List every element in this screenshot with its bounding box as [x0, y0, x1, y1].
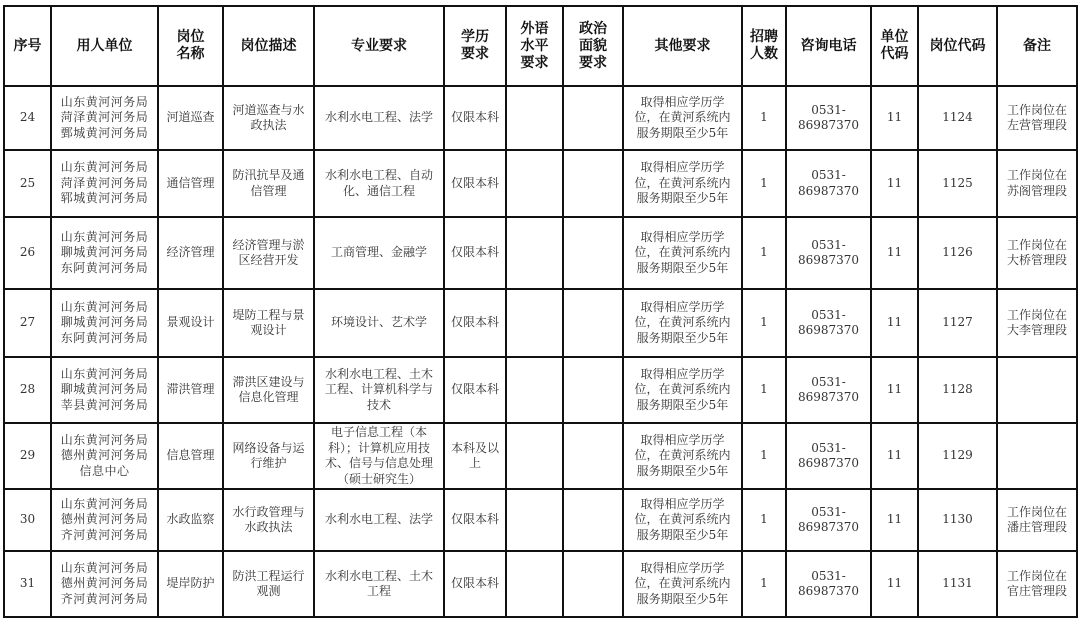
cell-major: 水利水电工程、土木工程 [314, 551, 444, 617]
cell-count: 1 [742, 150, 786, 217]
cell-major: 水利水电工程、法学 [314, 489, 444, 551]
cell-line: 堤防工程与景 [226, 308, 311, 324]
cell-unit: 山东黄河河务局菏泽黄河河务局郓城黄河河务局 [51, 150, 158, 217]
cell-post-code: 1130 [918, 489, 997, 551]
cell-seq: 27 [4, 289, 51, 357]
column-header-phone: 咨询电话 [786, 6, 871, 86]
cell-post-desc: 网络设备与运行维护 [223, 423, 314, 489]
column-header-label: 水平 [509, 38, 560, 55]
cell-other: 取得相应学历学位，在黄河系统内服务期限至少5年 [623, 551, 742, 617]
cell-unit-code: 11 [871, 489, 918, 551]
cell-line: 工商管理、金融学 [317, 245, 441, 261]
cell-line: 术、信号与信息处理 [317, 456, 441, 472]
column-header-count: 招聘人数 [742, 6, 786, 86]
cell-line: 齐河黄河河务局 [54, 592, 155, 608]
cell-political [563, 86, 623, 150]
cell-line: 水利水电工程、法学 [317, 512, 441, 528]
cell-education: 仅限本科 [444, 551, 506, 617]
cell-other: 取得相应学历学位，在黄河系统内服务期限至少5年 [623, 150, 742, 217]
cell-seq: 26 [4, 217, 51, 289]
column-header-label: 名称 [161, 46, 220, 63]
cell-line: 科）；计算机应用技 [317, 441, 441, 457]
column-header-label: 岗位 [161, 29, 220, 46]
cell-line: 位，在黄河系统内 [626, 176, 739, 192]
column-header-post-name: 岗位名称 [158, 6, 223, 86]
column-header-label: 要求 [566, 55, 620, 72]
cell-line: 工作岗位在 [1000, 103, 1074, 119]
cell-line: 86987370 [789, 118, 868, 134]
cell-remark: 工作岗位在大桥管理段 [997, 217, 1077, 289]
column-header-label: 要求 [447, 46, 503, 63]
cell-line: 东阿黄河河务局 [54, 331, 155, 347]
column-header-label: 招聘 [745, 29, 783, 46]
cell-line: 86987370 [789, 520, 868, 536]
cell-line: 大李管理段 [1000, 323, 1074, 339]
cell-line: 服务期限至少5年 [626, 191, 739, 207]
cell-foreign-lang [506, 150, 563, 217]
cell-line: 86987370 [789, 253, 868, 269]
cell-line: 取得相应学历学 [626, 95, 739, 111]
cell-post-code: 1126 [918, 217, 997, 289]
cell-seq: 31 [4, 551, 51, 617]
cell-line: 取得相应学历学 [626, 300, 739, 316]
cell-line: 官庄管理段 [1000, 584, 1074, 600]
cell-education: 仅限本科 [444, 489, 506, 551]
cell-remark: 工作岗位在潘庄管理段 [997, 489, 1077, 551]
cell-political [563, 150, 623, 217]
cell-line: 观设计 [226, 323, 311, 339]
cell-other: 取得相应学历学位，在黄河系统内服务期限至少5年 [623, 289, 742, 357]
cell-post-name: 水政监察 [158, 489, 223, 551]
cell-line: 山东黄河河务局 [54, 367, 155, 383]
cell-line: 0531- [789, 569, 868, 585]
cell-line: 取得相应学历学 [626, 160, 739, 176]
column-header-label: 人数 [745, 46, 783, 63]
column-header-seq: 序号 [4, 6, 51, 86]
cell-foreign-lang [506, 423, 563, 489]
cell-line: 山东黄河河务局 [54, 497, 155, 513]
cell-foreign-lang [506, 357, 563, 423]
cell-line: 信息中心 [54, 464, 155, 480]
table-row: 29山东黄河河务局德州黄河河务局信息中心信息管理网络设备与运行维护电子信息工程（… [4, 423, 1077, 489]
column-header-label: 面貌 [566, 38, 620, 55]
cell-post-code: 1125 [918, 150, 997, 217]
cell-line: 齐河黄河河务局 [54, 528, 155, 544]
cell-line: 水利水电工程、土木 [317, 367, 441, 383]
cell-line: 聊城黄河河务局 [54, 315, 155, 331]
cell-line: 观测 [226, 584, 311, 600]
cell-line: 政执法 [226, 118, 311, 134]
cell-unit: 山东黄河河务局聊城黄河河务局东阿黄河河务局 [51, 217, 158, 289]
cell-unit-code: 11 [871, 289, 918, 357]
column-header-foreign-lang: 外语水平要求 [506, 6, 563, 86]
cell-line: 水利水电工程、法学 [317, 110, 441, 126]
table-header: 序号用人单位岗位名称岗位描述专业要求学历要求外语水平要求政治面貌要求其他要求招聘… [4, 6, 1077, 86]
cell-line: 德州黄河河务局 [54, 448, 155, 464]
cell-post-code: 1129 [918, 423, 997, 489]
cell-phone: 0531-86987370 [786, 489, 871, 551]
cell-line: 行维护 [226, 456, 311, 472]
cell-education: 本科及以上 [444, 423, 506, 489]
cell-line: 位，在黄河系统内 [626, 382, 739, 398]
cell-line: 工作岗位在 [1000, 569, 1074, 585]
cell-other: 取得相应学历学位，在黄河系统内服务期限至少5年 [623, 217, 742, 289]
column-header-label: 学历 [447, 29, 503, 46]
cell-line: 河道巡查与水 [226, 103, 311, 119]
cell-line: 防洪工程运行 [226, 569, 311, 585]
cell-line: 位，在黄河系统内 [626, 448, 739, 464]
cell-post-desc: 滞洪区建设与信息化管理 [223, 357, 314, 423]
cell-line: 位，在黄河系统内 [626, 512, 739, 528]
cell-line: 区经营开发 [226, 253, 311, 269]
column-header-major: 专业要求 [314, 6, 444, 86]
cell-major: 工商管理、金融学 [314, 217, 444, 289]
cell-unit-code: 11 [871, 423, 918, 489]
cell-line: 技术 [317, 398, 441, 414]
cell-line: 位，在黄河系统内 [626, 576, 739, 592]
cell-unit-code: 11 [871, 150, 918, 217]
cell-phone: 0531-86987370 [786, 357, 871, 423]
cell-line: 工程、计算机科学与 [317, 382, 441, 398]
cell-line: 山东黄河河务局 [54, 300, 155, 316]
cell-line: 水利水电工程、土木 [317, 569, 441, 585]
cell-line: 仅限本科 [447, 176, 503, 192]
cell-seq: 25 [4, 150, 51, 217]
cell-line: 0531- [789, 375, 868, 391]
cell-line: 上 [447, 456, 503, 472]
cell-unit: 山东黄河河务局德州黄河河务局齐河黄河河务局 [51, 489, 158, 551]
table-body: 24山东黄河河务局菏泽黄河河务局鄄城黄河河务局河道巡查河道巡查与水政执法水利水电… [4, 86, 1077, 617]
cell-phone: 0531-86987370 [786, 423, 871, 489]
cell-line: 菏泽黄河河务局 [54, 110, 155, 126]
cell-unit-code: 11 [871, 357, 918, 423]
cell-line: 服务期限至少5年 [626, 126, 739, 142]
cell-political [563, 489, 623, 551]
cell-post-name: 景观设计 [158, 289, 223, 357]
cell-line: 工作岗位在 [1000, 308, 1074, 324]
cell-post-name: 信息管理 [158, 423, 223, 489]
column-header-unit: 用人单位 [51, 6, 158, 86]
cell-line: 取得相应学历学 [626, 561, 739, 577]
column-header-label: 用人单位 [54, 38, 155, 55]
cell-seq: 29 [4, 423, 51, 489]
cell-education: 仅限本科 [444, 150, 506, 217]
cell-major: 电子信息工程（本科）；计算机应用技术、信号与信息处理（硕士研究生） [314, 423, 444, 489]
cell-line: （硕士研究生） [317, 472, 441, 488]
cell-foreign-lang [506, 86, 563, 150]
cell-line: 左营管理段 [1000, 118, 1074, 134]
cell-remark: 工作岗位在左营管理段 [997, 86, 1077, 150]
cell-line: 水行政管理与 [226, 505, 311, 521]
cell-other: 取得相应学历学位，在黄河系统内服务期限至少5年 [623, 423, 742, 489]
cell-line: 工程 [317, 584, 441, 600]
cell-post-name: 经济管理 [158, 217, 223, 289]
cell-post-desc: 防汛抗旱及通信管理 [223, 150, 314, 217]
cell-political [563, 217, 623, 289]
table-row: 31山东黄河河务局德州黄河河务局齐河黄河河务局堤岸防护防洪工程运行观测水利水电工… [4, 551, 1077, 617]
cell-line: 大桥管理段 [1000, 253, 1074, 269]
cell-line: 服务期限至少5年 [626, 261, 739, 277]
cell-line: 本科及以 [447, 441, 503, 457]
cell-line: 水政执法 [226, 520, 311, 536]
cell-unit-code: 11 [871, 217, 918, 289]
cell-remark: 工作岗位在大李管理段 [997, 289, 1077, 357]
cell-line: 0531- [789, 505, 868, 521]
column-header-label: 专业要求 [317, 38, 441, 55]
cell-remark [997, 423, 1077, 489]
cell-line: 86987370 [789, 184, 868, 200]
cell-line: 经济管理与淤 [226, 238, 311, 254]
column-header-other: 其他要求 [623, 6, 742, 86]
cell-unit-code: 11 [871, 86, 918, 150]
cell-line: 位，在黄河系统内 [626, 110, 739, 126]
cell-line: 服务期限至少5年 [626, 464, 739, 480]
table-row: 30山东黄河河务局德州黄河河务局齐河黄河河务局水政监察水行政管理与水政执法水利水… [4, 489, 1077, 551]
table-row: 27山东黄河河务局聊城黄河河务局东阿黄河河务局景观设计堤防工程与景观设计环境设计… [4, 289, 1077, 357]
cell-seq: 24 [4, 86, 51, 150]
cell-line: 仅限本科 [447, 576, 503, 592]
cell-line: 0531- [789, 238, 868, 254]
column-header-education: 学历要求 [444, 6, 506, 86]
cell-line: 仅限本科 [447, 110, 503, 126]
cell-post-name: 河道巡查 [158, 86, 223, 150]
recruitment-table: 序号用人单位岗位名称岗位描述专业要求学历要求外语水平要求政治面貌要求其他要求招聘… [3, 5, 1078, 618]
cell-education: 仅限本科 [444, 289, 506, 357]
cell-line: 工作岗位在 [1000, 168, 1074, 184]
cell-unit: 山东黄河河务局聊城黄河河务局东阿黄河河务局 [51, 289, 158, 357]
cell-phone: 0531-86987370 [786, 150, 871, 217]
cell-line: 服务期限至少5年 [626, 528, 739, 544]
cell-count: 1 [742, 357, 786, 423]
cell-unit: 山东黄河河务局德州黄河河务局齐河黄河河务局 [51, 551, 158, 617]
cell-line: 工作岗位在 [1000, 238, 1074, 254]
cell-line: 仅限本科 [447, 315, 503, 331]
cell-education: 仅限本科 [444, 357, 506, 423]
cell-line: 服务期限至少5年 [626, 592, 739, 608]
cell-post-name: 通信管理 [158, 150, 223, 217]
cell-line: 潘庄管理段 [1000, 520, 1074, 536]
cell-line: 服务期限至少5年 [626, 398, 739, 414]
cell-phone: 0531-86987370 [786, 551, 871, 617]
cell-line: 化、通信工程 [317, 184, 441, 200]
cell-foreign-lang [506, 551, 563, 617]
cell-line: 取得相应学历学 [626, 230, 739, 246]
cell-remark: 工作岗位在官庄管理段 [997, 551, 1077, 617]
cell-line: 0531- [789, 441, 868, 457]
cell-line: 取得相应学历学 [626, 367, 739, 383]
cell-education: 仅限本科 [444, 86, 506, 150]
cell-line: 工作岗位在 [1000, 505, 1074, 521]
cell-unit: 山东黄河河务局德州黄河河务局信息中心 [51, 423, 158, 489]
column-header-label: 外语 [509, 21, 560, 38]
table-row: 24山东黄河河务局菏泽黄河河务局鄄城黄河河务局河道巡查河道巡查与水政执法水利水电… [4, 86, 1077, 150]
cell-phone: 0531-86987370 [786, 289, 871, 357]
cell-line: 86987370 [789, 456, 868, 472]
cell-political [563, 357, 623, 423]
cell-line: 环境设计、艺术学 [317, 315, 441, 331]
cell-line: 仅限本科 [447, 512, 503, 528]
cell-foreign-lang [506, 217, 563, 289]
cell-line: 位，在黄河系统内 [626, 245, 739, 261]
cell-line: 86987370 [789, 323, 868, 339]
column-header-label: 岗位代码 [921, 38, 994, 55]
cell-line: 聊城黄河河务局 [54, 245, 155, 261]
cell-line: 取得相应学历学 [626, 433, 739, 449]
cell-line: 山东黄河河务局 [54, 230, 155, 246]
column-header-political: 政治面貌要求 [563, 6, 623, 86]
cell-line: 0531- [789, 168, 868, 184]
cell-post-code: 1124 [918, 86, 997, 150]
cell-line: 山东黄河河务局 [54, 95, 155, 111]
cell-line: 鄄城黄河河务局 [54, 126, 155, 142]
cell-line: 水利水电工程、自动 [317, 168, 441, 184]
cell-post-desc: 河道巡查与水政执法 [223, 86, 314, 150]
column-header-label: 单位 [874, 29, 915, 46]
cell-line: 德州黄河河务局 [54, 512, 155, 528]
cell-line: 0531- [789, 308, 868, 324]
cell-line: 86987370 [789, 584, 868, 600]
column-header-unit-code: 单位代码 [871, 6, 918, 86]
cell-foreign-lang [506, 489, 563, 551]
cell-line: 莘县黄河河务局 [54, 398, 155, 414]
cell-other: 取得相应学历学位，在黄河系统内服务期限至少5年 [623, 86, 742, 150]
column-header-label: 政治 [566, 21, 620, 38]
cell-line: 0531- [789, 103, 868, 119]
cell-remark [997, 357, 1077, 423]
cell-line: 山东黄河河务局 [54, 561, 155, 577]
cell-line: 网络设备与运 [226, 441, 311, 457]
cell-line: 仅限本科 [447, 245, 503, 261]
table-row: 26山东黄河河务局聊城黄河河务局东阿黄河河务局经济管理经济管理与淤区经营开发工商… [4, 217, 1077, 289]
cell-political [563, 289, 623, 357]
cell-post-desc: 防洪工程运行观测 [223, 551, 314, 617]
cell-major: 环境设计、艺术学 [314, 289, 444, 357]
cell-count: 1 [742, 489, 786, 551]
cell-post-name: 堤岸防护 [158, 551, 223, 617]
cell-line: 德州黄河河务局 [54, 576, 155, 592]
cell-phone: 0531-86987370 [786, 217, 871, 289]
cell-line: 位，在黄河系统内 [626, 315, 739, 331]
column-header-post-desc: 岗位描述 [223, 6, 314, 86]
column-header-label: 备注 [1000, 38, 1074, 55]
table-row: 28山东黄河河务局聊城黄河河务局莘县黄河河务局滞洪管理滞洪区建设与信息化管理水利… [4, 357, 1077, 423]
cell-line: 仅限本科 [447, 382, 503, 398]
column-header-label: 其他要求 [626, 38, 739, 55]
cell-count: 1 [742, 86, 786, 150]
cell-post-desc: 堤防工程与景观设计 [223, 289, 314, 357]
cell-other: 取得相应学历学位，在黄河系统内服务期限至少5年 [623, 357, 742, 423]
cell-education: 仅限本科 [444, 217, 506, 289]
cell-post-desc: 水行政管理与水政执法 [223, 489, 314, 551]
cell-major: 水利水电工程、土木工程、计算机科学与技术 [314, 357, 444, 423]
cell-line: 山东黄河河务局 [54, 160, 155, 176]
cell-line: 菏泽黄河河务局 [54, 176, 155, 192]
cell-unit-code: 11 [871, 551, 918, 617]
cell-line: 聊城黄河河务局 [54, 382, 155, 398]
cell-post-code: 1127 [918, 289, 997, 357]
cell-count: 1 [742, 289, 786, 357]
cell-line: 电子信息工程（本 [317, 425, 441, 441]
cell-phone: 0531-86987370 [786, 86, 871, 150]
header-row: 序号用人单位岗位名称岗位描述专业要求学历要求外语水平要求政治面貌要求其他要求招聘… [4, 6, 1077, 86]
cell-line: 信息化管理 [226, 390, 311, 406]
column-header-label: 岗位描述 [226, 38, 311, 55]
cell-line: 郓城黄河河务局 [54, 191, 155, 207]
cell-unit: 山东黄河河务局菏泽黄河河务局鄄城黄河河务局 [51, 86, 158, 150]
cell-line: 信管理 [226, 184, 311, 200]
cell-foreign-lang [506, 289, 563, 357]
column-header-label: 咨询电话 [789, 38, 868, 55]
table-row: 25山东黄河河务局菏泽黄河河务局郓城黄河河务局通信管理防汛抗旱及通信管理水利水电… [4, 150, 1077, 217]
cell-line: 防汛抗旱及通 [226, 168, 311, 184]
cell-line: 山东黄河河务局 [54, 433, 155, 449]
cell-post-name: 滞洪管理 [158, 357, 223, 423]
column-header-remark: 备注 [997, 6, 1077, 86]
cell-major: 水利水电工程、法学 [314, 86, 444, 150]
cell-line: 服务期限至少5年 [626, 331, 739, 347]
column-header-label: 代码 [874, 46, 915, 63]
cell-other: 取得相应学历学位，在黄河系统内服务期限至少5年 [623, 489, 742, 551]
cell-line: 取得相应学历学 [626, 497, 739, 513]
cell-remark: 工作岗位在苏阁管理段 [997, 150, 1077, 217]
cell-post-code: 1128 [918, 357, 997, 423]
cell-count: 1 [742, 217, 786, 289]
cell-major: 水利水电工程、自动化、通信工程 [314, 150, 444, 217]
cell-post-code: 1131 [918, 551, 997, 617]
cell-count: 1 [742, 551, 786, 617]
column-header-label: 序号 [7, 38, 48, 55]
cell-post-desc: 经济管理与淤区经营开发 [223, 217, 314, 289]
cell-political [563, 551, 623, 617]
cell-count: 1 [742, 423, 786, 489]
cell-line: 东阿黄河河务局 [54, 261, 155, 277]
cell-line: 86987370 [789, 390, 868, 406]
cell-unit: 山东黄河河务局聊城黄河河务局莘县黄河河务局 [51, 357, 158, 423]
cell-seq: 30 [4, 489, 51, 551]
column-header-post-code: 岗位代码 [918, 6, 997, 86]
column-header-label: 要求 [509, 55, 560, 72]
cell-line: 苏阁管理段 [1000, 184, 1074, 200]
cell-seq: 28 [4, 357, 51, 423]
cell-political [563, 423, 623, 489]
cell-line: 滞洪区建设与 [226, 375, 311, 391]
